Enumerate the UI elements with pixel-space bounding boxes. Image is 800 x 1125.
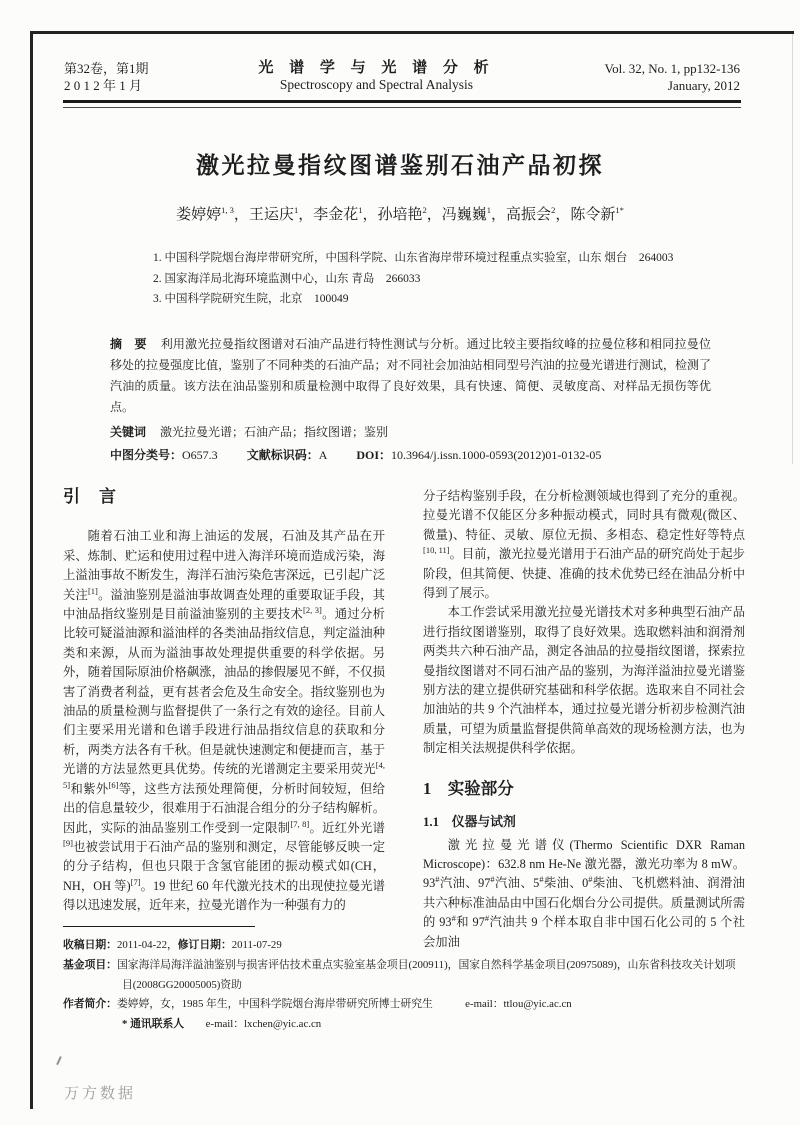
keywords-text: 激光拉曼光谱；石油产品；指纹图谱；鉴别 bbox=[160, 425, 388, 439]
footnote-line: 基金项目：国家海洋局海洋溢油鉴别与损害评估技术重点实验室基金项目(200911)… bbox=[63, 956, 743, 996]
footnote-line: 作者简介：娄婷婷，女，1985 年生，中国科学院烟台海岸带研究所博士研究生 e-… bbox=[63, 995, 743, 1015]
body-left-column: 引 言 随着石油工业和海上油运的发展，石油及其产品在开采、炼制、贮运和使用过程中… bbox=[63, 487, 385, 916]
footnote-separator bbox=[63, 926, 255, 927]
affiliation-line: 2. 国家海洋局北海环境监测中心，山东 青岛 266033 bbox=[153, 269, 713, 290]
intro-paragraphs: 随着石油工业和海上油运的发展，石油及其产品在开采、炼制、贮运和使用过程中进入海洋… bbox=[63, 527, 385, 915]
footnote-line: * 通讯联系人 e-mail：lxchen@yic.ac.cn bbox=[63, 1015, 743, 1035]
author: 孙培艳2 bbox=[377, 207, 426, 223]
article-title: 激光拉曼指纹图谱鉴别石油产品初探 bbox=[0, 147, 800, 180]
doc-code-label: 文献标识码： bbox=[247, 448, 319, 462]
volume-pages-en: Vol. 32, No. 1, pp132-136 bbox=[604, 60, 740, 77]
affiliations: 1. 中国科学院烟台海岸带研究所，中国科学院、山东省海岸带环境过程重点实验室，山… bbox=[153, 248, 713, 310]
journal-header: 第32卷，第1期 2 0 1 2 年 1 月 光 谱 学 与 光 谱 分 析 S… bbox=[64, 60, 740, 94]
abstract-text: 利用激光拉曼指纹图谱对石油产品进行特性测试与分析。通过比较主要指纹峰的拉曼位移和… bbox=[110, 337, 711, 414]
keywords-label: 关键词 bbox=[110, 425, 146, 439]
intro-paragraphs-continued: 分子结构鉴别手段，在分析检测领域也得到了充分的重视。拉曼光谱不仅能区分多种振动模… bbox=[423, 487, 745, 759]
doc-code-value: A bbox=[319, 448, 328, 462]
abstract-label: 摘 要 bbox=[110, 337, 147, 351]
instruments-paragraphs: 激光拉曼光谱仪(Thermo Scientific DXR Raman Micr… bbox=[423, 836, 745, 952]
footnotes-block: 收稿日期：2011-04-22，修订日期：2011-07-29基金项目：国家海洋… bbox=[63, 936, 743, 1035]
clc-value: O657.3 bbox=[182, 448, 218, 462]
author: 娄婷婷1, 3 bbox=[176, 207, 234, 223]
paragraph: 激光拉曼光谱仪(Thermo Scientific DXR Raman Micr… bbox=[423, 836, 745, 952]
author: 李金花1 bbox=[313, 207, 362, 223]
journal-volume-info: 第32卷，第1期 2 0 1 2 年 1 月 bbox=[64, 60, 149, 94]
header-double-rule bbox=[63, 100, 741, 108]
journal-issue-info: Vol. 32, No. 1, pp132-136 January, 2012 bbox=[604, 60, 740, 94]
section-heading-experiment: 1 实验部分 bbox=[423, 779, 745, 798]
authors-line: 娄婷婷1, 3，王运庆1，李金花1，孙培艳2，冯巍巍1，高振会2，陈令新1* bbox=[0, 203, 800, 224]
volume-issue: 第32卷，第1期 bbox=[64, 60, 149, 77]
paragraph: 分子结构鉴别手段，在分析检测领域也得到了充分的重视。拉曼光谱不仅能区分多种振动模… bbox=[423, 487, 745, 603]
footnote-line: 收稿日期：2011-04-22，修订日期：2011-07-29 bbox=[63, 936, 743, 956]
scan-border-left bbox=[30, 31, 33, 1109]
scan-mark bbox=[56, 1056, 61, 1065]
issue-date-cn: 2 0 1 2 年 1 月 bbox=[64, 77, 149, 94]
doi-label: DOI： bbox=[356, 448, 391, 462]
author: 高振会2 bbox=[506, 207, 555, 223]
keywords-line: 关键词激光拉曼光谱；石油产品；指纹图谱；鉴别 bbox=[110, 423, 711, 440]
author: 冯巍巍1 bbox=[442, 207, 491, 223]
author: 陈令新1* bbox=[570, 207, 624, 223]
abstract-block: 摘 要利用激光拉曼指纹图谱对石油产品进行特性测试与分析。通过比较主要指纹峰的拉曼… bbox=[110, 334, 711, 418]
paragraph: 随着石油工业和海上油运的发展，石油及其产品在开采、炼制、贮运和使用过程中进入海洋… bbox=[63, 527, 385, 915]
classification-line: 中图分类号：O657.3 文献标识码：A DOI：10.3964/j.issn.… bbox=[110, 446, 730, 463]
paragraph: 本工作尝试采用激光拉曼光谱技术对多种典型石油产品进行指纹图谱鉴别，取得了良好效果… bbox=[423, 603, 745, 758]
journal-title-en: Spectroscopy and Spectral Analysis bbox=[258, 77, 494, 93]
body-right-column: 分子结构鉴别手段，在分析检测领域也得到了充分的重视。拉曼光谱不仅能区分多种振动模… bbox=[423, 487, 745, 952]
author: 王运庆1 bbox=[249, 207, 298, 223]
affiliation-line: 3. 中国科学院研究生院，北京 100049 bbox=[153, 289, 713, 310]
doi-value: 10.3964/j.issn.1000-0593(2012)01-0132-05 bbox=[391, 448, 601, 462]
scan-border-top bbox=[30, 31, 794, 34]
clc-label: 中图分类号： bbox=[110, 448, 182, 462]
journal-title-cn: 光 谱 学 与 光 谱 分 析 bbox=[258, 60, 494, 77]
issue-date-en: January, 2012 bbox=[604, 77, 740, 94]
intro-heading: 引 言 bbox=[63, 487, 385, 506]
scan-border-right bbox=[792, 34, 793, 464]
journal-title-block: 光 谱 学 与 光 谱 分 析 Spectroscopy and Spectra… bbox=[258, 60, 494, 93]
wanfang-watermark: 万方数据 bbox=[64, 1082, 136, 1103]
subsection-heading-instruments: 1.1 仪器与试剂 bbox=[423, 813, 745, 832]
affiliation-line: 1. 中国科学院烟台海岸带研究所，中国科学院、山东省海岸带环境过程重点实验室，山… bbox=[153, 248, 713, 269]
